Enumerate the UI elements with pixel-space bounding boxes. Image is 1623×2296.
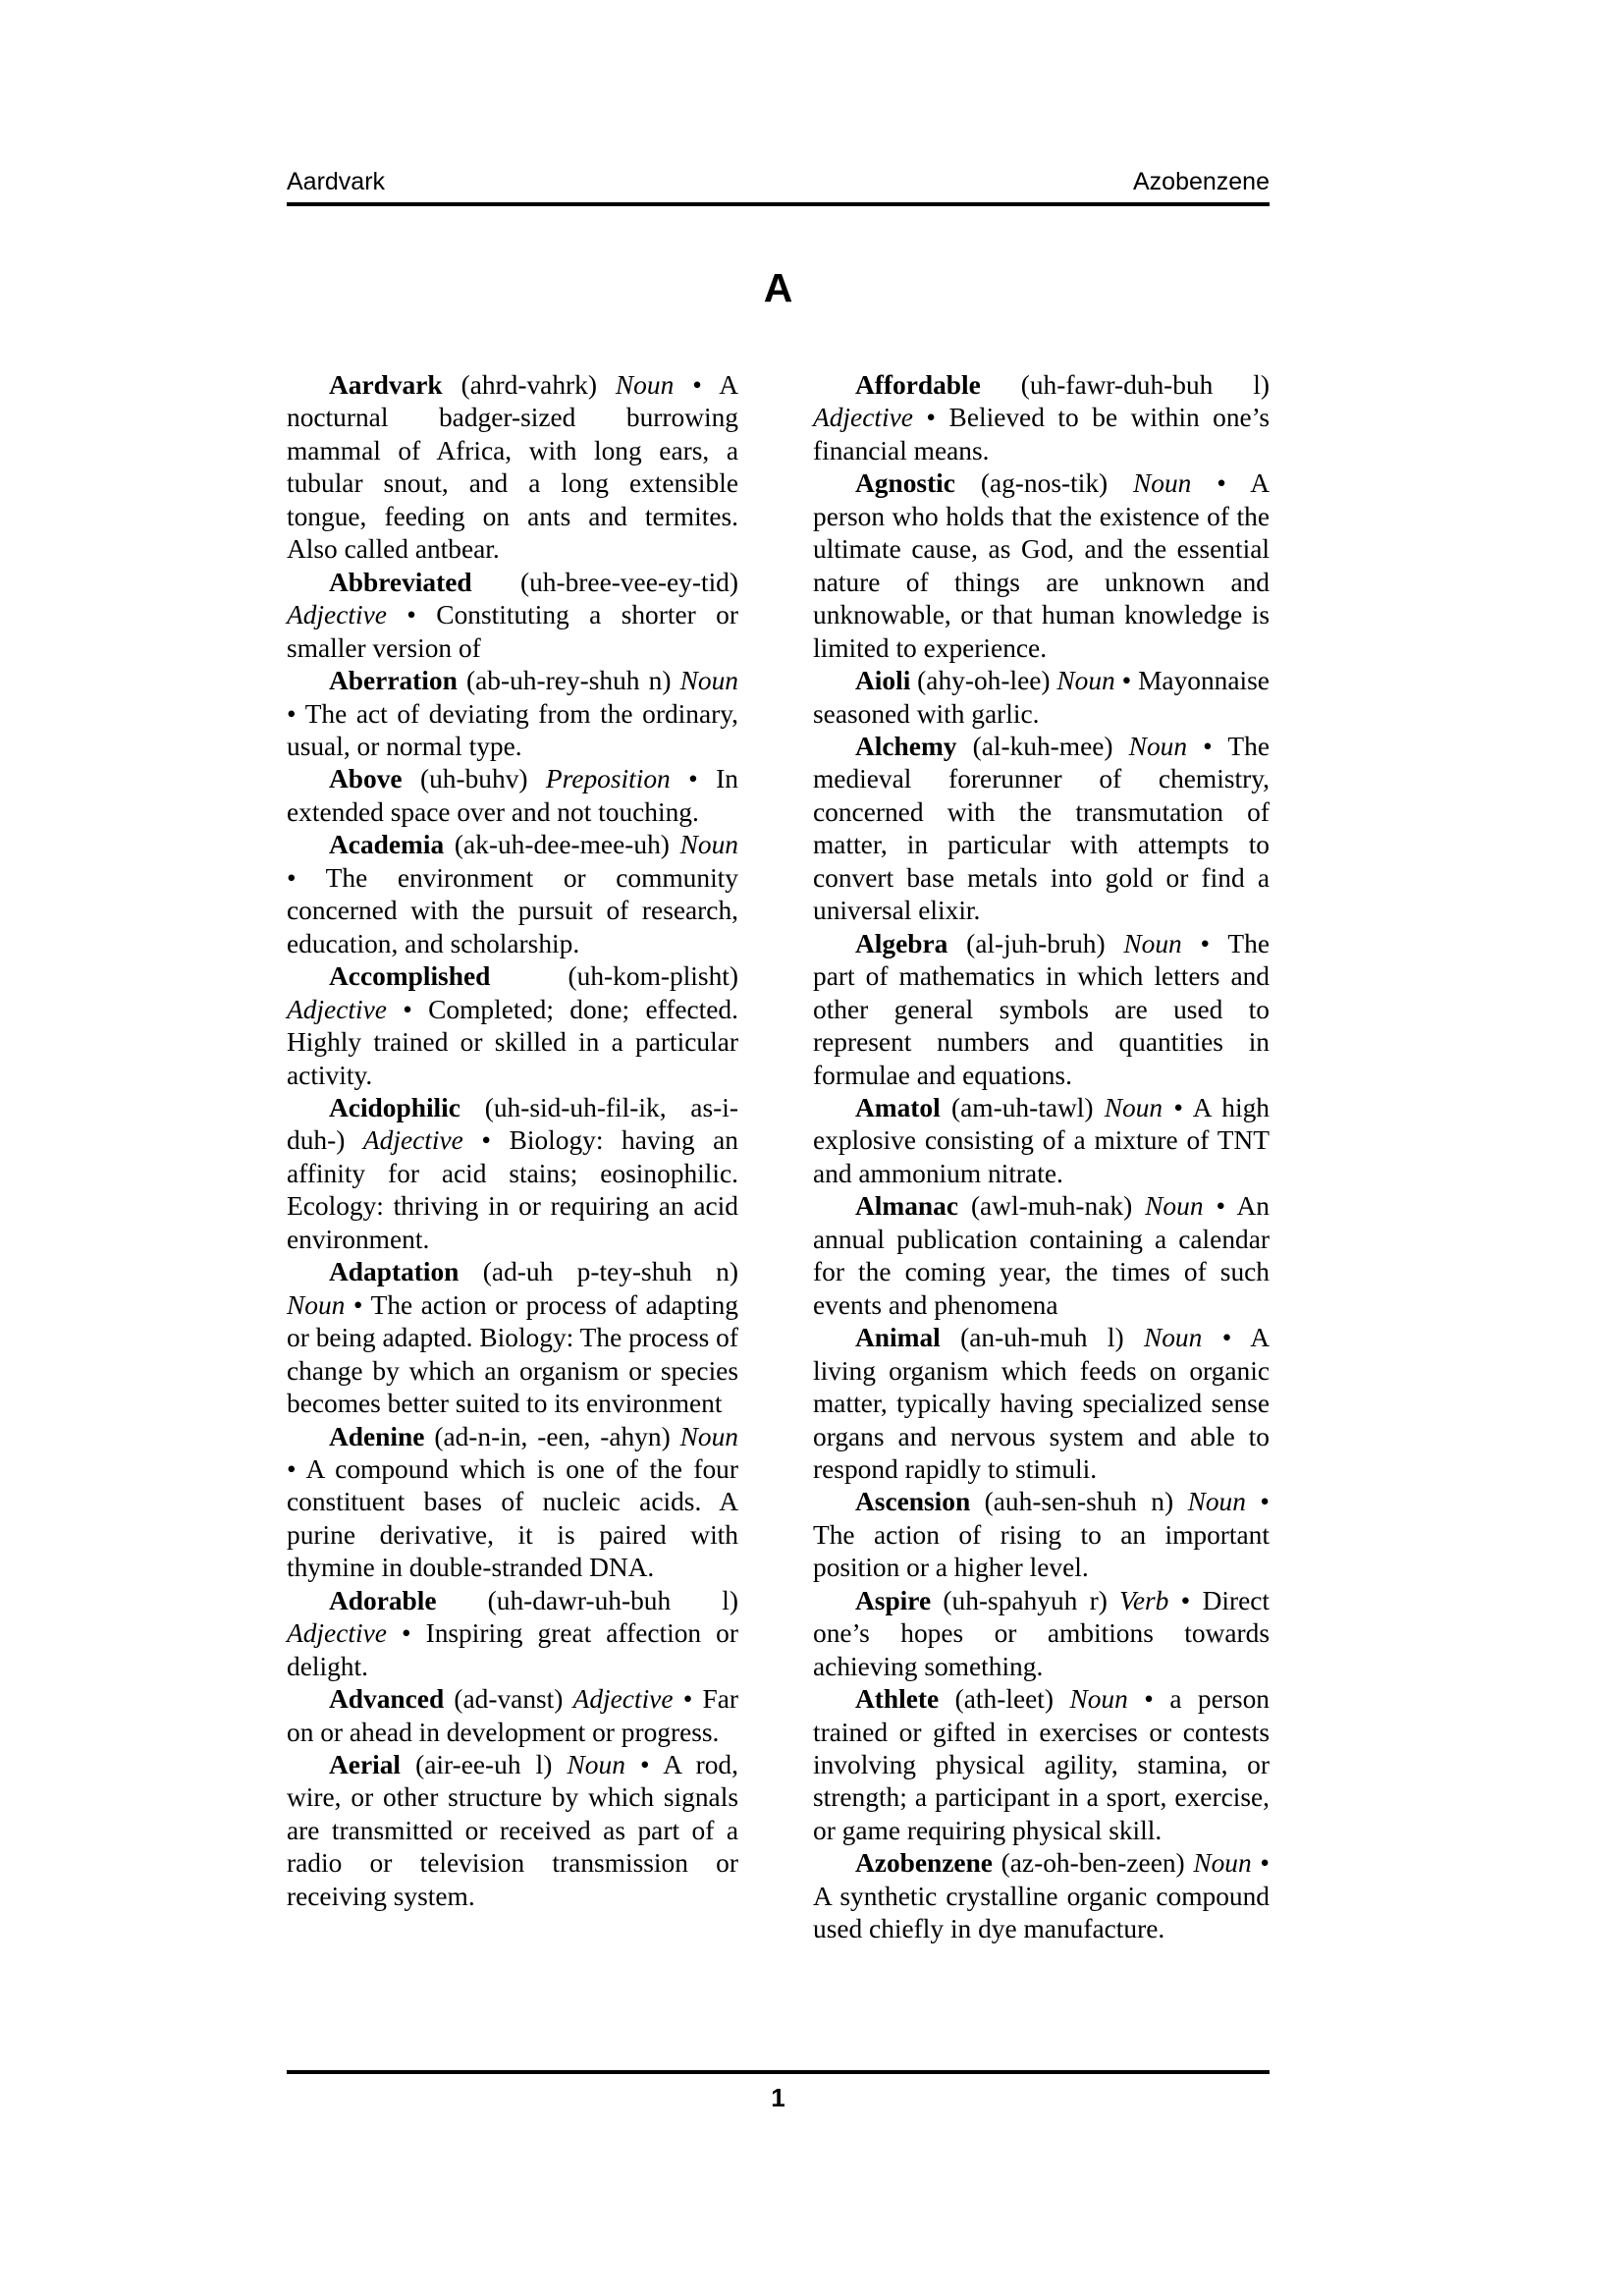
part-of-speech: Noun [680, 830, 738, 859]
definition: The action of rising to an important pos… [813, 1520, 1270, 1582]
part-of-speech: Adjective [573, 1684, 674, 1714]
part-of-speech: Noun [1145, 1191, 1203, 1221]
headword: Abbreviated [329, 568, 472, 597]
dictionary-entry: Amatol (am-uh-tawl) Noun • A high explos… [813, 1092, 1270, 1190]
bullet-icon: • [406, 600, 416, 629]
pronunciation: (al-kuh-mee) [973, 732, 1113, 761]
bullet-icon: • [692, 370, 702, 400]
part-of-speech: Noun [1188, 1487, 1246, 1516]
pronunciation: (an-uh-muh l) [960, 1323, 1123, 1352]
bullet-icon: • [926, 403, 936, 432]
headword: Academia [329, 830, 444, 859]
definition: Biology: having an affinity for acid sta… [287, 1125, 738, 1253]
definition: A compound which is one of the four cons… [287, 1454, 738, 1582]
bullet-icon: • [403, 995, 412, 1024]
headword: Adaptation [329, 1257, 459, 1286]
headword: Adenine [329, 1422, 424, 1451]
bullet-icon: • [287, 1454, 297, 1484]
pronunciation: (ab-uh-rey-shuh n) [466, 666, 671, 695]
dictionary-entry: Accomplished (uh-kom-plisht) Adjective •… [287, 960, 738, 1092]
headword: Acidophilic [329, 1093, 460, 1122]
headword: Adorable [329, 1586, 437, 1615]
bullet-icon: • [640, 1750, 650, 1779]
dictionary-entry: Adorable (uh-dawr-uh-buh l) Adjective • … [287, 1585, 738, 1683]
part-of-speech: Noun [616, 370, 674, 400]
left-column: Aardvark (ahrd-vahrk) Noun • A nocturnal… [287, 369, 738, 1913]
bullet-icon: • [1144, 1684, 1154, 1714]
dictionary-entry: Adenine (ad-n-in, -een, -ahyn) Noun • A … [287, 1421, 738, 1585]
pronunciation: (uh-spahyuh r) [943, 1586, 1107, 1615]
pronunciation: (ad-vanst) [454, 1684, 563, 1714]
pronunciation: (air-ee-uh l) [415, 1750, 552, 1779]
dictionary-entry: Agnostic (ag-nos-tik) Noun • A person wh… [813, 467, 1270, 665]
header-rule [287, 202, 1270, 206]
pronunciation: (uh-buhv) [420, 764, 528, 793]
running-header: Aardvark Azobenzene [287, 167, 1270, 196]
headword: Aspire [855, 1586, 931, 1615]
right-guide-word: Azobenzene [1133, 167, 1270, 196]
part-of-speech: Noun [1105, 1093, 1163, 1122]
dictionary-entry: Abbreviated (uh-bree-vee-ey-tid) Adjecti… [287, 567, 738, 665]
pronunciation: (awl-muh-nak) [971, 1191, 1132, 1221]
pronunciation: (ath-leet) [955, 1684, 1054, 1714]
bullet-icon: • [402, 1618, 411, 1648]
pronunciation: (ak-uh-dee-mee-uh) [455, 830, 670, 859]
pronunciation: (uh-dawr-uh-buh l) [488, 1586, 738, 1615]
part-of-speech: Adjective [363, 1125, 463, 1155]
pronunciation: (ad-uh p-tey-shuh n) [483, 1257, 738, 1286]
bullet-icon: • [688, 764, 698, 793]
bullet-icon: • [1222, 1323, 1232, 1352]
dictionary-entry: Affordable (uh-fawr-duh-buh l) Adjective… [813, 369, 1270, 467]
dictionary-entry: Animal (an-uh-muh l) Noun • A living org… [813, 1322, 1270, 1486]
part-of-speech: Noun [287, 1290, 345, 1320]
bullet-icon: • [1181, 1586, 1191, 1615]
part-of-speech: Noun [1193, 1848, 1251, 1878]
headword: Algebra [855, 929, 947, 958]
part-of-speech: Verb [1119, 1586, 1168, 1615]
headword: Azobenzene [855, 1848, 993, 1878]
part-of-speech: Noun [1144, 1323, 1202, 1352]
headword: Aberration [329, 666, 458, 695]
part-of-speech: Adjective [287, 1618, 387, 1648]
part-of-speech: Adjective [287, 995, 387, 1024]
part-of-speech: Noun [1123, 929, 1181, 958]
headword: Aioli [855, 666, 910, 695]
part-of-speech: Noun [1069, 1684, 1127, 1714]
dictionary-entry: Aerial (air-ee-uh l) Noun • A rod, wire,… [287, 1749, 738, 1913]
headword: Athlete [855, 1684, 939, 1714]
bullet-icon: • [287, 699, 297, 729]
definition: A synthetic crystalline organic compound… [813, 1882, 1270, 1943]
pronunciation: (am-uh-tawl) [951, 1093, 1094, 1122]
headword: Agnostic [855, 468, 955, 498]
dictionary-entry: Almanac (awl-muh-nak) Noun • An annual p… [813, 1190, 1270, 1322]
dictionary-entry: Algebra (al-juh-bruh) Noun • The part of… [813, 928, 1270, 1092]
bullet-icon: • [1203, 732, 1213, 761]
bullet-icon: • [1216, 1191, 1225, 1221]
headword: Aerial [329, 1750, 401, 1779]
bullet-icon: • [683, 1684, 693, 1714]
pronunciation: (az-oh-ben-zeen) [1001, 1848, 1185, 1878]
part-of-speech: Noun [1056, 666, 1114, 695]
part-of-speech: Noun [680, 1422, 738, 1451]
part-of-speech: Preposition [546, 764, 671, 793]
pronunciation: (uh-bree-vee-ey-tid) [520, 568, 738, 597]
dictionary-entry: Azobenzene (az-oh-ben-zeen) Noun • A syn… [813, 1847, 1270, 1945]
part-of-speech: Noun [1133, 468, 1191, 498]
bullet-icon: • [481, 1125, 491, 1155]
part-of-speech: Noun [1129, 732, 1187, 761]
headword: Above [329, 764, 403, 793]
bullet-icon: • [1260, 1848, 1270, 1878]
headword: Ascension [855, 1487, 970, 1516]
part-of-speech: Noun [680, 666, 738, 695]
dictionary-entry: Aioli (ahy-oh-lee) Noun • Mayonnaise sea… [813, 665, 1270, 731]
pronunciation: (uh-fawr-duh-buh l) [1021, 370, 1270, 400]
page-number: 1 [0, 2082, 1556, 2113]
part-of-speech: Noun [568, 1750, 625, 1779]
headword: Advanced [329, 1684, 444, 1714]
right-column: Affordable (uh-fawr-duh-buh l) Adjective… [813, 369, 1270, 1946]
definition: The act of deviating from the ordinary, … [287, 699, 738, 761]
bullet-icon: • [1260, 1487, 1270, 1516]
section-letter-heading: A [0, 263, 1556, 312]
dictionary-entry: Academia (ak-uh-dee-mee-uh) Noun • The e… [287, 829, 738, 960]
dictionary-entry: Alchemy (al-kuh-mee) Noun • The medieval… [813, 731, 1270, 928]
bullet-icon: • [1173, 1093, 1183, 1122]
dictionary-entry: Aberration (ab-uh-rey-shuh n) Noun • The… [287, 665, 738, 763]
pronunciation: (auh-sen-shuh n) [985, 1487, 1173, 1516]
dictionary-entry: Aspire (uh-spahyuh r) Verb • Direct one’… [813, 1585, 1270, 1683]
pronunciation: (ahrd-vahrk) [461, 370, 597, 400]
definition: The environment or community concerned w… [287, 863, 738, 958]
pronunciation: (uh-kom-plisht) [568, 961, 738, 991]
part-of-speech: Adjective [813, 403, 913, 432]
bullet-icon: • [353, 1290, 363, 1320]
dictionary-entry: Advanced (ad-vanst) Adjective • Far on o… [287, 1683, 738, 1749]
headword: Affordable [855, 370, 981, 400]
bullet-icon: • [1201, 929, 1211, 958]
headword: Accomplished [329, 961, 490, 991]
footer-rule [287, 2070, 1270, 2074]
bullet-icon: • [287, 863, 297, 893]
dictionary-entry: Adaptation (ad-uh p-tey-shuh n) Noun • T… [287, 1256, 738, 1420]
headword: Alchemy [855, 732, 956, 761]
dictionary-entry: Athlete (ath-leet) Noun • a person train… [813, 1683, 1270, 1847]
bullet-icon: • [1217, 468, 1226, 498]
headword: Aardvark [329, 370, 443, 400]
dictionary-entry: Above (uh-buhv) Preposition • In extende… [287, 763, 738, 829]
bullet-icon: • [1122, 666, 1132, 695]
dictionary-entry: Aardvark (ahrd-vahrk) Noun • A nocturnal… [287, 369, 738, 567]
pronunciation: (ahy-oh-lee) [917, 666, 1050, 695]
pronunciation: (ag-nos-tik) [981, 468, 1108, 498]
headword: Almanac [855, 1191, 958, 1221]
pronunciation: (ad-n-in, -een, -ahyn) [434, 1422, 670, 1451]
headword: Amatol [855, 1093, 941, 1122]
part-of-speech: Adjective [287, 600, 387, 629]
headword: Animal [855, 1323, 941, 1352]
pronunciation: (al-juh-bruh) [966, 929, 1105, 958]
left-guide-word: Aardvark [287, 167, 385, 196]
dictionary-entry: Acidophilic (uh-sid-uh-fil-ik, as-i-duh-… [287, 1092, 738, 1256]
dictionary-entry: Ascension (auh-sen-shuh n) Noun • The ac… [813, 1486, 1270, 1584]
